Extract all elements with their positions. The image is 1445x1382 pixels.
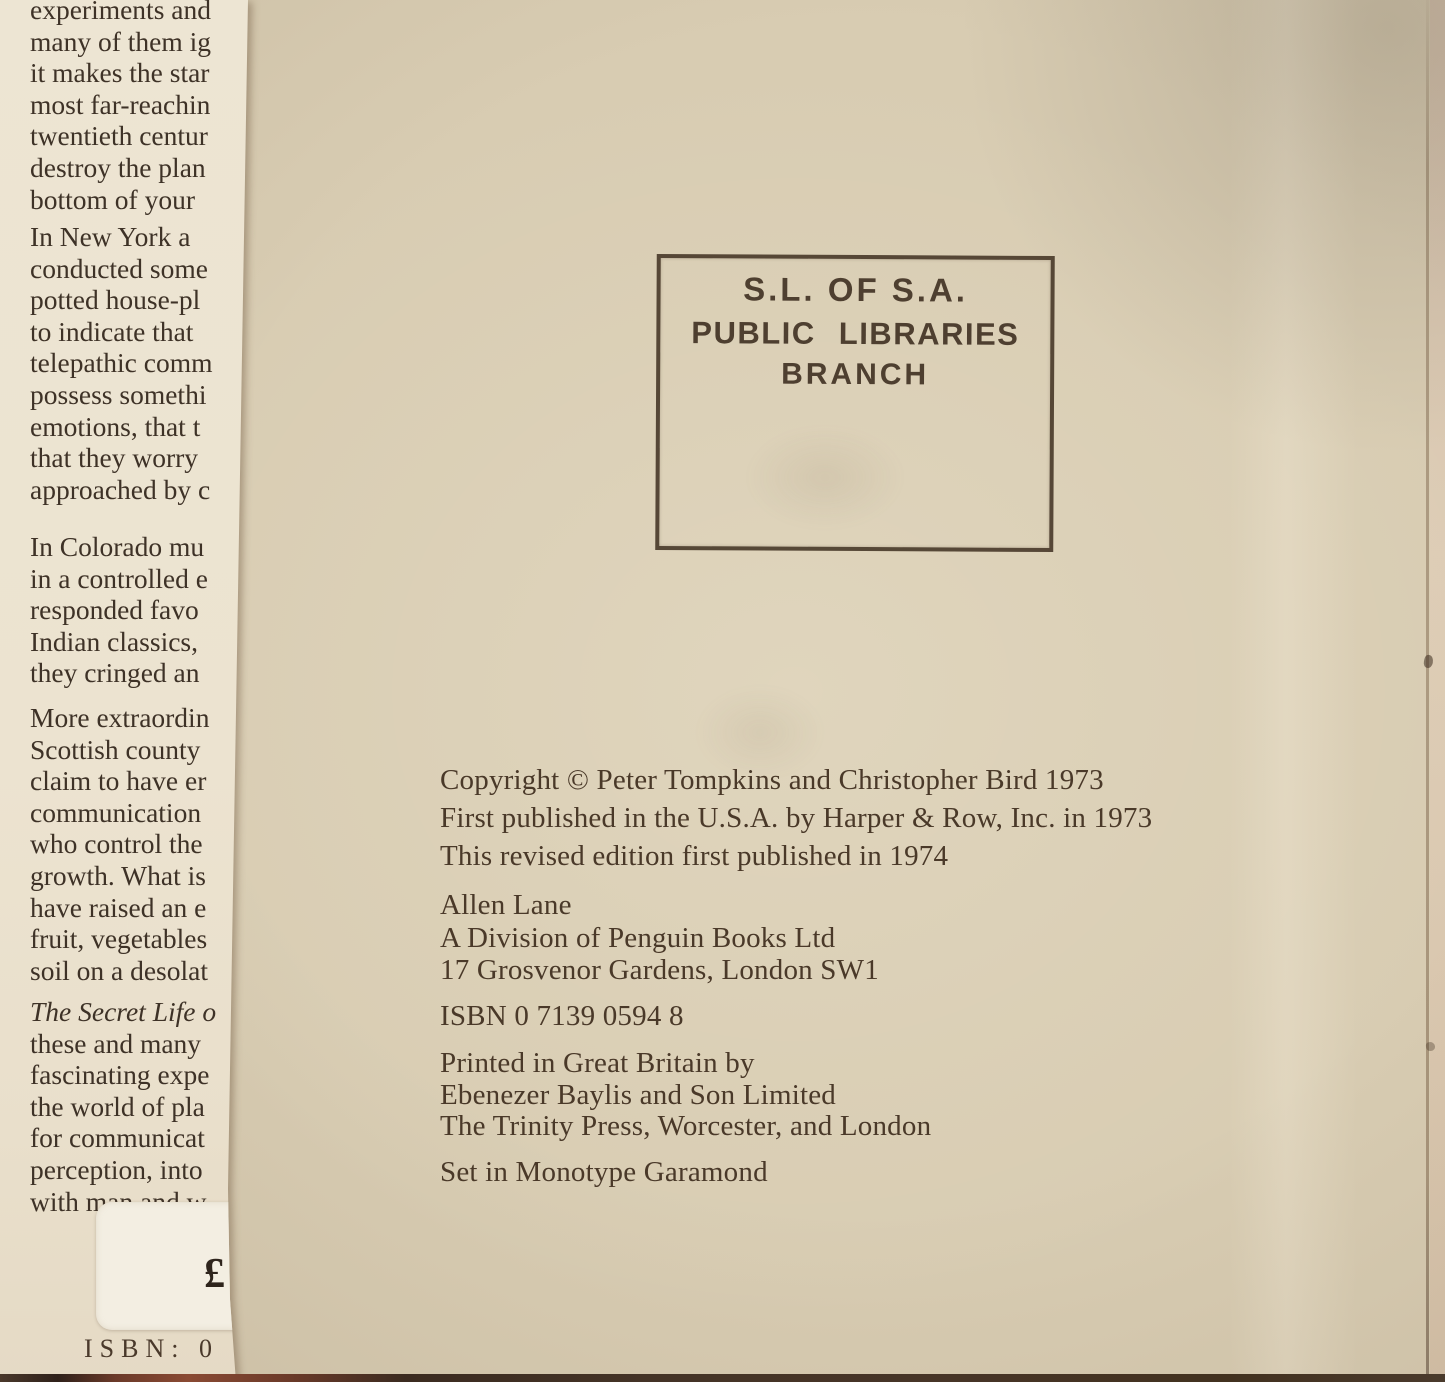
flap-paragraph: In New York aconducted somepotted house-… — [30, 221, 213, 505]
stamp-line-2: PUBLIC LIBRARIES — [660, 315, 1050, 353]
book-page-photo: S.L. OF S.A. PUBLIC LIBRARIES BRANCH Cop… — [0, 0, 1445, 1382]
flap-isbn-text: ISBN: 0 7139 05 — [84, 1334, 262, 1364]
flap-paragraph: experiments andmany of them igit makes t… — [30, 0, 211, 215]
page-fore-edge — [1430, 0, 1445, 1382]
jacket-flap: experiments andmany of them igit makes t… — [0, 0, 262, 1382]
photo-bottom-edge — [0, 1374, 1445, 1382]
stamp-ghost-smudge — [745, 425, 905, 530]
stamp-line-3: BRANCH — [660, 357, 1050, 393]
imprint-copyright-group: Copyright © Peter Tompkins and Christoph… — [440, 761, 1152, 875]
flap-paragraph: The Secret Life othese and manyfascinati… — [30, 996, 216, 1217]
flap-paragraph: More extraordinScottish countyclaim to h… — [30, 702, 209, 986]
imprint-typeface: Set in Monotype Garamond — [440, 1156, 768, 1188]
page-fore-edge-line — [1426, 0, 1429, 1382]
price-pound-symbol: £ — [204, 1250, 225, 1298]
imprint-printer-group: Printed in Great Britain byEbenezer Bayl… — [440, 1048, 931, 1143]
stamp-line-1: S.L. OF S.A. — [660, 270, 1050, 310]
imprint-publisher-group: Allen LaneA Division of Penguin Books Lt… — [440, 889, 879, 987]
price-sticker — [96, 1202, 248, 1330]
flap-paragraph: In Colorado muin a controlled eresponded… — [30, 531, 208, 689]
imprint-isbn: ISBN 0 7139 0594 8 — [440, 1000, 684, 1032]
